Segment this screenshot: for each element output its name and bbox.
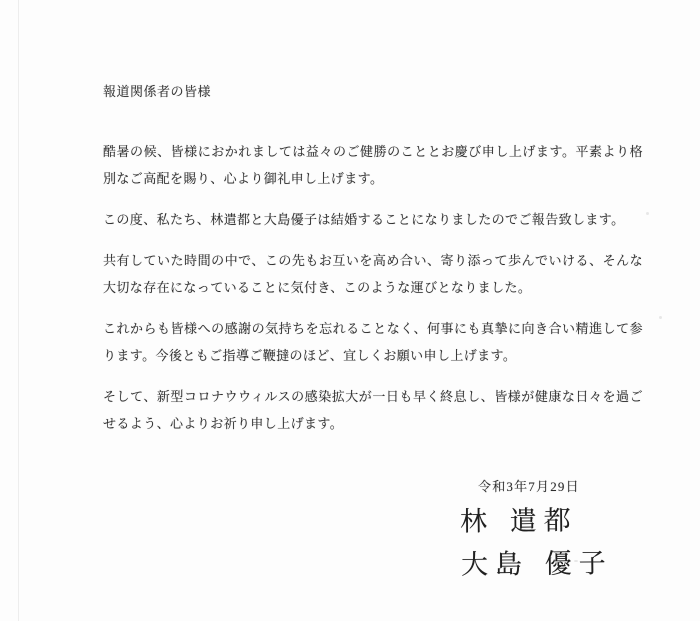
recipient-line: 報道関係者の皆様 xyxy=(103,82,211,102)
scan-speck xyxy=(646,212,649,215)
paragraph-marriage-announcement: この度、私たち、林遣都と大島優子は結婚することになりましたのでご報告致します。 xyxy=(103,206,643,233)
scan-edge-line xyxy=(18,0,19,621)
scanned-letter: 報道関係者の皆様 酷暑の候、皆様におかれましては益々のご健勝のこととお慶び申し上… xyxy=(0,0,700,621)
letter-body: 酷暑の候、皆様におかれましては益々のご健勝のこととお慶び申し上げます。平素より格… xyxy=(103,138,643,451)
date-line: 令和3年7月29日 xyxy=(478,476,580,495)
paragraph-seasonal-greeting: 酷暑の候、皆様におかれましては益々のご健勝のこととお慶び申し上げます。平素より格… xyxy=(103,138,643,192)
signature-hayashi-kento: 林 遣都 xyxy=(460,498,578,538)
scan-speck xyxy=(659,316,662,319)
paragraph-gratitude: これからも皆様への感謝の気持ちを忘れることなく、何事にも真摯に向き合い精進して参… xyxy=(103,315,643,369)
paragraph-relationship: 共有していた時間の中で、この先もお互いを高め合い、寄り添って歩んでいける、そんな… xyxy=(103,247,643,301)
scan-speck xyxy=(574,560,578,562)
signature-oshima-yuko: 大島 優子 xyxy=(461,541,613,582)
paragraph-covid-wishes: そして、新型コロナウウィルスの感染拡大が一日も早く終息し、皆様が健康な日々を過ご… xyxy=(103,383,643,437)
